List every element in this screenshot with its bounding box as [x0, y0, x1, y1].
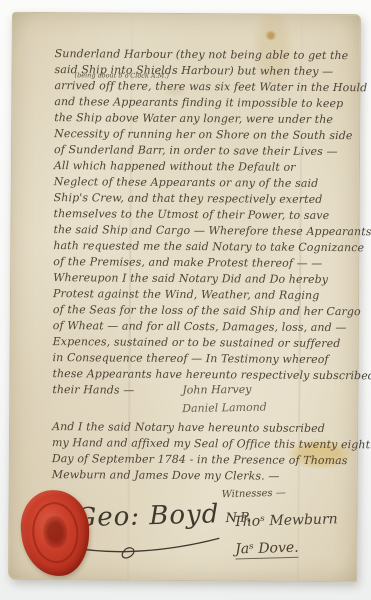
- manuscript-line: Mewburn and James Dove my Clerks. —: [52, 467, 354, 485]
- manuscript-text-block: Sunderland Harbour (they not being able …: [52, 46, 357, 485]
- photo-background: (being about 8 o'Clock A.M.) Sunderland …: [0, 0, 371, 600]
- signature-daniel-lamond: Daniel Lamond: [182, 400, 267, 415]
- red-wax-seal: [18, 488, 93, 579]
- signature-flourish: [67, 533, 227, 560]
- paper-stain: [265, 31, 277, 41]
- signature-jas-dove: Jaˢ Dove.: [235, 540, 299, 560]
- signature-notary-geo-boyd: Geo: BoydN.P.: [75, 498, 251, 533]
- manuscript-page: (being about 8 o'Clock A.M.) Sunderland …: [8, 12, 361, 582]
- signature-john-harvey: John Harvey: [182, 383, 251, 397]
- signature-thos-mewburn: Thoˢ Mewburn: [233, 511, 338, 530]
- notary-name: Geo: Boyd: [75, 499, 220, 533]
